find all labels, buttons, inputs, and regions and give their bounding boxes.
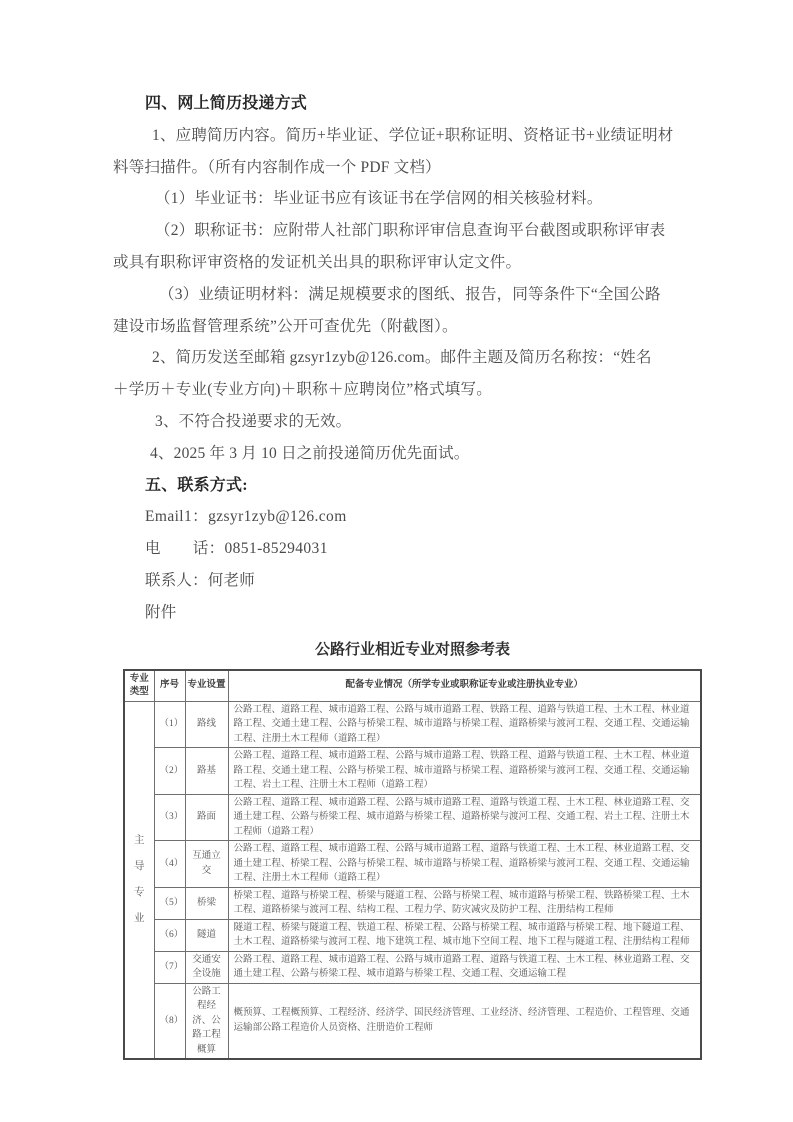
header-major-type: 专业类型 — [124, 670, 154, 702]
row-seq: （5） — [154, 887, 185, 919]
doc-line-deadline: 4、2025 年 3 月 10 日之前投递简历优先面试。 — [113, 438, 684, 470]
table-row: （3） 路面 公路工程、道路工程、城市道路工程、公路与城市道路工程、道路与铁道工… — [124, 794, 701, 841]
doc-line-performance-2: 建设市场监督管理系统”公开可查优先（附截图）。 — [113, 311, 684, 343]
row-name: 路线 — [185, 701, 228, 748]
row-majors: 公路工程、道路工程、城市道路工程、公路与城市道路工程、铁路工程、道路与铁道工程、… — [228, 701, 701, 748]
doc-line-resume-content-1: 1、应聘简历内容。简历+毕业证、学位证+职称证明、资格证书+业绩证明材 — [113, 120, 684, 152]
row-seq: （3） — [154, 794, 185, 841]
row-majors: 公路工程、道路工程、城市道路工程、公路与城市道路工程、道路与铁道工程、土木工程、… — [228, 841, 701, 888]
row-seq: （4） — [154, 841, 185, 888]
table-row: （4） 互通立交 公路工程、道路工程、城市道路工程、公路与城市道路工程、道路与铁… — [124, 841, 701, 888]
row-majors: 公路工程、道路工程、城市道路工程、公路与城市道路工程、道路与铁道工程、土木工程、… — [228, 794, 701, 841]
table-row: （2） 路基 公路工程、道路工程、城市道路工程、公路与城市道路工程、铁路工程、道… — [124, 748, 701, 795]
doc-line-diploma: （1）毕业证书：毕业证书应有该证书在学信网的相关核验材料。 — [113, 183, 684, 215]
section-5-heading: 五、联系方式: — [113, 470, 684, 502]
table-header-row: 专业类型 序号 专业设置 配备专业情况（所学专业或职称证专业或注册执业专业） — [124, 670, 701, 702]
row-majors: 隧道工程、桥梁与隧道工程、铁道工程、桥梁工程、公路与桥梁工程、城市道路与桥梁工程… — [228, 919, 701, 951]
row-majors: 公路工程、道路工程、城市道路工程、公路与城市道路工程、铁路工程、道路与铁道工程、… — [228, 748, 701, 795]
doc-line-send-email-1: 2、简历发送至邮箱 gzsyr1zyb@126.com。邮件主题及简历名称按：“… — [113, 342, 684, 374]
doc-line-title-cert-2: 或具有职称评审资格的发证机关出具的职称评审认定文件。 — [113, 247, 684, 279]
major-reference-table: 专业类型 序号 专业设置 配备专业情况（所学专业或职称证专业或注册执业专业） 主… — [123, 669, 702, 1061]
contact-phone-line: 电 话：0851-85294031 — [113, 533, 684, 565]
category-label: 主导专业 — [133, 828, 146, 932]
category-cell: 主导专业 — [124, 701, 154, 1059]
row-name: 交通安全设施 — [185, 951, 228, 983]
header-qualified-majors: 配备专业情况（所学专业或职称证专业或注册执业专业） — [228, 670, 701, 702]
table-row: 主导专业 （1） 路线 公路工程、道路工程、城市道路工程、公路与城市道路工程、铁… — [124, 701, 701, 748]
attachment-label: 附件 — [113, 597, 684, 629]
section-4-heading: 四、网上简历投递方式 — [113, 88, 684, 120]
row-seq: （7） — [154, 951, 185, 983]
row-seq: （2） — [154, 748, 185, 795]
document-page: 四、网上简历投递方式 1、应聘简历内容。简历+毕业证、学位证+职称证明、资格证书… — [0, 0, 793, 1122]
row-name: 公路工程经济、公路工程概算 — [185, 983, 228, 1059]
contact-person-line: 联系人：何老师 — [113, 565, 684, 597]
header-seq: 序号 — [154, 670, 185, 702]
doc-line-send-email-2: ＋学历＋专业(专业方向)＋职称＋应聘岗位”格式填写。 — [113, 374, 684, 406]
doc-line-resume-content-2: 料等扫描件。（所有内容制作成一个 PDF 文档） — [113, 152, 684, 184]
row-majors: 桥梁工程、道路与桥梁工程、桥梁与隧道工程、公路与桥梁工程、城市道路与桥梁工程、铁… — [228, 887, 701, 919]
row-name: 桥梁 — [185, 887, 228, 919]
header-major-setting: 专业设置 — [185, 670, 228, 702]
row-name: 路面 — [185, 794, 228, 841]
doc-line-invalid: 3、不符合投递要求的无效。 — [113, 406, 684, 438]
row-name: 隧道 — [185, 919, 228, 951]
row-name: 路基 — [185, 748, 228, 795]
table-title: 公路行业相近专业对照参考表 — [123, 639, 702, 661]
table-row: （7） 交通安全设施 公路工程、道路工程、城市道路工程、公路与城市道路工程、道路… — [124, 951, 701, 983]
row-seq: （6） — [154, 919, 185, 951]
table-row: （8） 公路工程经济、公路工程概算 概预算、工程概预算、工程经济、经济学、国民经… — [124, 983, 701, 1059]
row-seq: （8） — [154, 983, 185, 1059]
row-majors: 公路工程、道路工程、城市道路工程、公路与城市道路工程、道路与铁道工程、土木工程、… — [228, 951, 701, 983]
row-majors: 概预算、工程概预算、工程经济、经济学、国民经济管理、工业经济、经济管理、工程造价… — [228, 983, 701, 1059]
table-row: （6） 隧道 隧道工程、桥梁与隧道工程、铁道工程、桥梁工程、公路与桥梁工程、城市… — [124, 919, 701, 951]
row-name: 互通立交 — [185, 841, 228, 888]
table-row: （5） 桥梁 桥梁工程、道路与桥梁工程、桥梁与隧道工程、公路与桥梁工程、城市道路… — [124, 887, 701, 919]
row-seq: （1） — [154, 701, 185, 748]
contact-email-line: Email1：gzsyr1zyb@126.com — [113, 501, 684, 533]
doc-line-performance-1: （3）业绩证明材料：满足规模要求的图纸、报告，同等条件下“全国公路 — [113, 279, 684, 311]
doc-line-title-cert-1: （2）职称证书：应附带人社部门职称评审信息查询平台截图或职称评审表 — [113, 215, 684, 247]
attachment-section: 公路行业相近专业对照参考表 专业类型 序号 专业设置 配备专业情况（所学专业或职… — [123, 639, 702, 1061]
